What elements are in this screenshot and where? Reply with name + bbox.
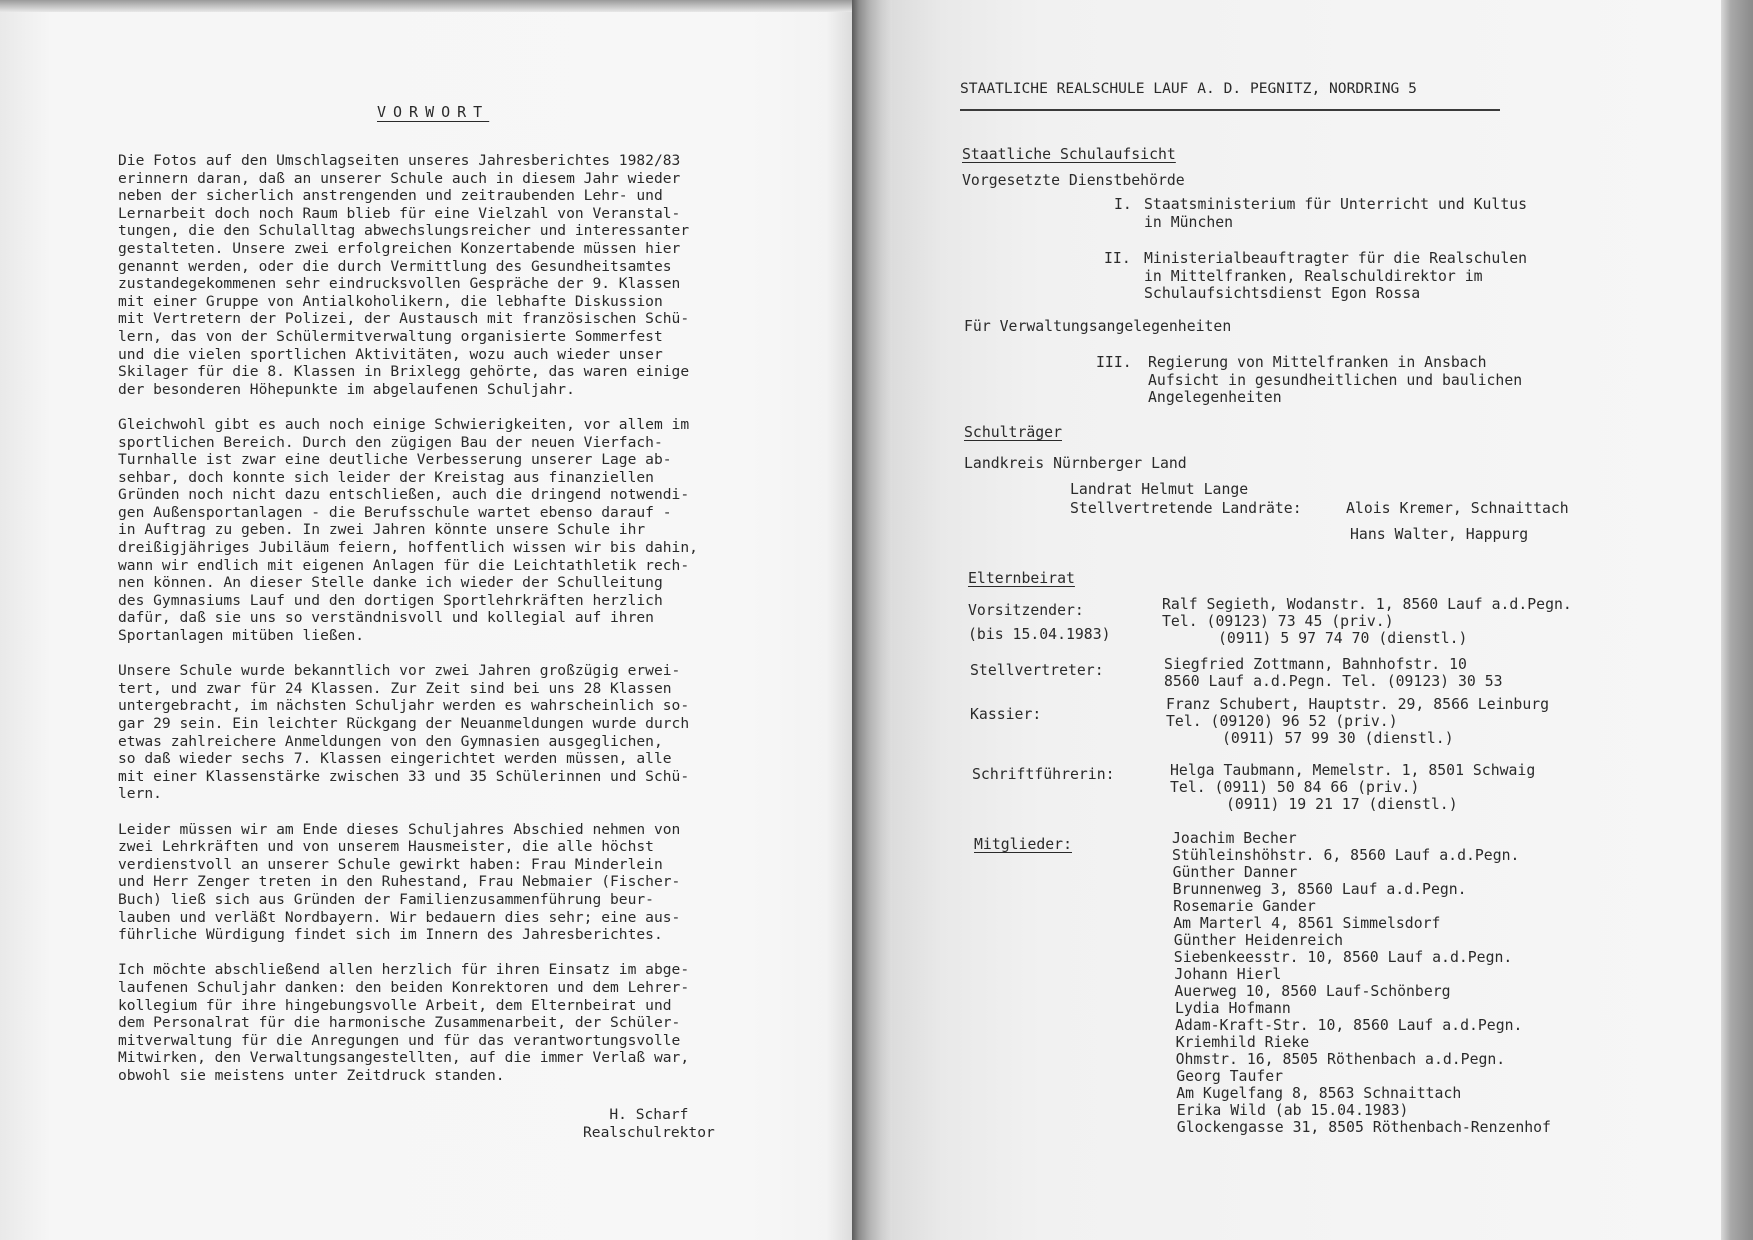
member-item: Günther HeidenreichSiebenkeesstr. 10, 85… [1174, 932, 1551, 966]
section-heading-schulaufsicht: Staatliche Schulaufsicht [962, 146, 1176, 164]
member-address: Adam-Kraft-Str. 10, 8560 Lauf a.d.Pegn. [1175, 1017, 1551, 1034]
member-address: Am Marterl 4, 8561 Simmelsdorf [1173, 915, 1551, 932]
role-line: (0911) 57 99 30 (dienstl.) [1222, 730, 1454, 748]
signature-title: Realschulrektor [583, 1124, 715, 1142]
member-name: Joachim Becher [1172, 830, 1551, 847]
signature-block: H. Scharf Realschulrektor [583, 1106, 715, 1141]
stellvertreter-2: Hans Walter, Happurg [1350, 526, 1528, 544]
landkreis: Landkreis Nürnberger Land [964, 455, 1187, 473]
signature-name: H. Scharf [583, 1106, 715, 1124]
role-label: Kassier: [970, 706, 1041, 724]
member-item: Kriemhild RiekeOhmstr. 16, 8505 Röthenba… [1176, 1034, 1551, 1068]
member-address: Ohmstr. 16, 8505 Röthenbach a.d.Pegn. [1176, 1051, 1551, 1068]
item-number: II. [1104, 250, 1131, 268]
item-text: Ministerialbeauftragter für die Realschu… [1144, 250, 1527, 303]
item-number: III. [1096, 354, 1132, 372]
member-address: Brunnenweg 3, 8560 Lauf a.d.Pegn. [1173, 881, 1551, 898]
role-line: Ralf Segieth, Wodanstr. 1, 8560 Lauf a.d… [1162, 596, 1572, 614]
member-address: Auerweg 10, 8560 Lauf-Schönberg [1174, 983, 1551, 1000]
member-item: Georg TauferAm Kugelfang 8, 8563 Schnait… [1176, 1068, 1551, 1102]
role-line: (0911) 19 21 17 (dienstl.) [1226, 796, 1458, 814]
item-text: Regierung von Mittelfranken in Ansbach A… [1148, 354, 1522, 407]
subheading-dienstbehoerde: Vorgesetzte Dienstbehörde [962, 172, 1185, 190]
member-name: Lydia Hofmann [1175, 1000, 1551, 1017]
paragraph: Die Fotos auf den Umschlagseiten unseres… [118, 152, 818, 398]
member-address: Am Kugelfang 8, 8563 Schnaittach [1176, 1085, 1551, 1102]
role-label: Stellvertreter: [970, 662, 1104, 680]
section-heading-elternbeirat: Elternbeirat [968, 570, 1075, 588]
role-label: Vorsitzender: [968, 602, 1084, 620]
member-item: Günther DannerBrunnenweg 3, 8560 Lauf a.… [1173, 864, 1551, 898]
role-line: Tel. (0911) 50 84 66 (priv.) [1170, 779, 1419, 797]
member-name: Erika Wild (ab 15.04.1983) [1177, 1102, 1551, 1119]
role-label: Schriftführerin: [972, 766, 1115, 784]
role-line: Tel. (09120) 96 52 (priv.) [1166, 713, 1398, 731]
page-title: VORWORT [377, 103, 489, 121]
item-text: Staatsministerium für Unterricht und Kul… [1144, 196, 1527, 231]
paragraph: Unsere Schule wurde bekanntlich vor zwei… [118, 662, 818, 803]
member-item: Joachim BecherStühleinshöhstr. 6, 8560 L… [1172, 830, 1551, 864]
school-header: STAATLICHE REALSCHULE LAUF A. D. PEGNITZ… [960, 80, 1417, 97]
header-rule [960, 109, 1500, 111]
vorwort-body: Die Fotos auf den Umschlagseiten unseres… [118, 152, 818, 1102]
member-address: Stühleinshöhstr. 6, 8560 Lauf a.d.Pegn. [1172, 847, 1551, 864]
member-name: Günther Heidenreich [1174, 932, 1551, 949]
member-item: Rosemarie GanderAm Marterl 4, 8561 Simme… [1173, 898, 1551, 932]
role-line: Siegfried Zottmann, Bahnhofstr. 10 [1164, 656, 1467, 674]
member-name: Georg Taufer [1176, 1068, 1551, 1085]
role-line: Franz Schubert, Hauptstr. 29, 8566 Leinb… [1166, 696, 1549, 714]
member-name: Johann Hierl [1174, 966, 1551, 983]
role-line: Helga Taubmann, Memelstr. 1, 8501 Schwai… [1170, 762, 1535, 780]
paragraph: Gleichwohl gibt es auch noch einige Schw… [118, 416, 818, 645]
subheading-verwaltung: Für Verwaltungsangelegenheiten [964, 318, 1231, 336]
item-number: I. [1114, 196, 1132, 214]
members-list: Joachim BecherStühleinshöhstr. 6, 8560 L… [1172, 830, 1551, 1136]
book-spine [852, 0, 892, 1240]
role-sublabel: (bis 15.04.1983) [968, 626, 1111, 644]
paragraph: Leider müssen wir am Ende dieses Schulja… [118, 821, 818, 944]
member-name: Günther Danner [1173, 864, 1551, 881]
landrat: Landrat Helmut Lange [1070, 481, 1248, 499]
member-name: Rosemarie Gander [1173, 898, 1551, 915]
member-address: Siebenkeesstr. 10, 8560 Lauf a.d.Pegn. [1174, 949, 1551, 966]
page-edge-shadow [1721, 0, 1753, 1240]
role-line: 8560 Lauf a.d.Pegn. Tel. (09123) 30 53 [1164, 673, 1503, 691]
member-name: Kriemhild Rieke [1176, 1034, 1551, 1051]
section-heading-schultraeger: Schulträger [964, 424, 1062, 442]
role-line: (0911) 5 97 74 70 (dienstl.) [1218, 630, 1467, 648]
member-address: Glockengasse 31, 8505 Röthenbach-Renzenh… [1177, 1119, 1551, 1136]
role-line: Tel. (09123) 73 45 (priv.) [1162, 613, 1394, 631]
stellvertreter-label: Stellvertretende Landräte: [1070, 500, 1302, 518]
member-item: Johann HierlAuerweg 10, 8560 Lauf-Schönb… [1174, 966, 1551, 1000]
member-item: Lydia HofmannAdam-Kraft-Str. 10, 8560 La… [1175, 1000, 1551, 1034]
paragraph: Ich möchte abschließend allen herzlich f… [118, 961, 818, 1084]
members-label: Mitglieder: [974, 836, 1072, 854]
member-item: Erika Wild (ab 15.04.1983)Glockengasse 3… [1177, 1102, 1551, 1136]
stellvertreter-1: Alois Kremer, Schnaittach [1346, 500, 1569, 518]
scan-top-shadow [0, 0, 852, 12]
